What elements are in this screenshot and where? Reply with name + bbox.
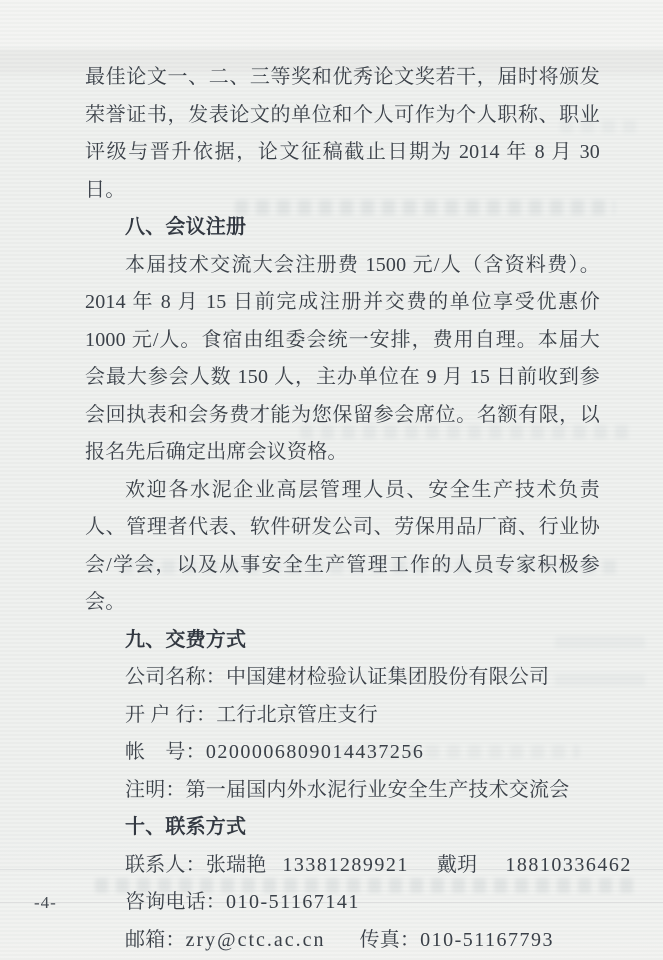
section-heading-payment: 九、交费方式 [125, 622, 600, 660]
email-fax-line: 邮箱：zry@ctc.ac.cn传真：010-51167793 [125, 922, 600, 960]
section-heading-registration: 八、会议注册 [125, 209, 600, 247]
payment-account-line: 帐 号：0200006809014437256 [125, 734, 600, 772]
document-content: 最佳论文一、二、三等奖和优秀论文奖若干，届时将颁发荣誉证书，发表论文的单位和个人… [0, 0, 663, 959]
inquiry-phone-line: 咨询电话：010-51167141 [125, 884, 600, 922]
company-name-label: 公司名称： [125, 666, 226, 688]
contact2-phone: 18810336462 [505, 854, 632, 876]
paragraph-registration-fee: 本届技术交流大会注册费 1500 元/人（含资料费）。2014 年 8 月 15… [85, 247, 600, 472]
account-number-value: 0200006809014437256 [206, 741, 425, 763]
payment-memo-line: 注明：第一届国内外水泥行业安全生产技术交流会 [125, 772, 600, 810]
scanned-document-page: 最佳论文一、二、三等奖和优秀论文奖若干，届时将颁发荣誉证书，发表论文的单位和个人… [0, 0, 663, 960]
bank-value: 工行北京管庄支行 [216, 704, 378, 726]
company-name-value: 中国建材检验认证集团股份有限公司 [226, 666, 549, 688]
payment-company-line: 公司名称：中国建材检验认证集团股份有限公司 [125, 659, 600, 697]
memo-value: 第一届国内外水泥行业安全生产技术交流会 [186, 779, 570, 801]
inquiry-phone-value: 010-51167141 [226, 891, 360, 913]
account-label: 帐 号： [125, 741, 206, 763]
contact-persons-line: 联系人：张瑞艳13381289921戴玥18810336462 [125, 847, 600, 885]
page-number: -4- [34, 893, 57, 913]
contact1-phone: 13381289921 [282, 854, 409, 876]
memo-label: 注明： [125, 779, 186, 801]
contact1-name: 张瑞艳 [206, 854, 267, 876]
bank-label: 开 户 行： [125, 704, 216, 726]
section-heading-contact: 十、联系方式 [125, 809, 600, 847]
contacts-label: 联系人： [125, 854, 206, 876]
fax-value: 010-51167793 [420, 929, 554, 951]
paragraph-paper-awards: 最佳论文一、二、三等奖和优秀论文奖若干，届时将颁发荣誉证书，发表论文的单位和个人… [85, 59, 600, 209]
inquiry-phone-label: 咨询电话： [125, 891, 226, 913]
contact2-name: 戴玥 [437, 854, 477, 876]
paragraph-welcome-attendees: 欢迎各水泥企业高层管理人员、安全生产技术负责人、管理者代表、软件研发公司、劳保用… [85, 472, 600, 622]
fax-label: 传真： [360, 929, 421, 951]
payment-bank-line: 开 户 行：工行北京管庄支行 [125, 697, 600, 735]
email-value: zry@ctc.ac.cn [186, 929, 326, 951]
email-label: 邮箱： [125, 929, 186, 951]
